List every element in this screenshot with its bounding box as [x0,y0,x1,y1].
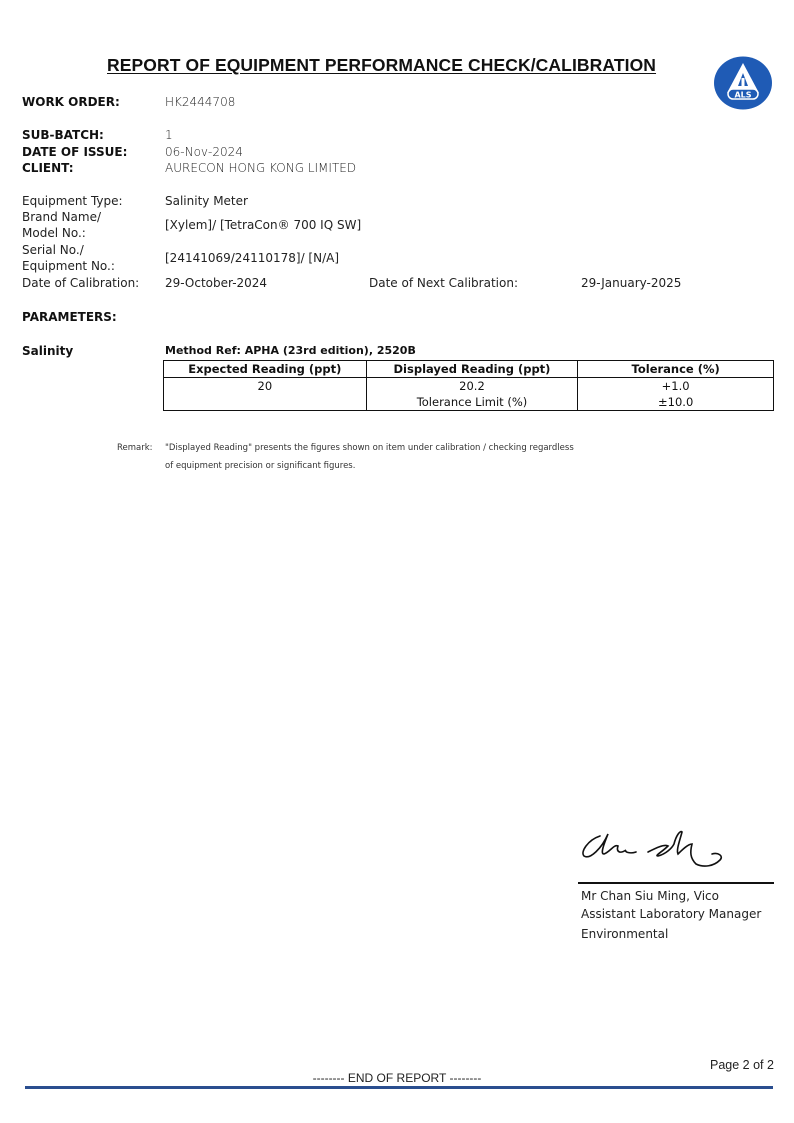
brand-model-value: [Xylem]/ [TetraCon® 700 IQ SW] [165,218,361,233]
remark-line2: of equipment precision or significant fi… [165,461,355,471]
brand-label-line2: Model No.: [22,226,86,241]
signatory-name: Mr Chan Siu Ming, Vico [581,889,719,903]
displayed-reading-cell: 20.2 [366,378,578,395]
remark-label: Remark: [117,443,153,453]
equipment-type-label: Equipment Type: [22,194,123,209]
als-logo: ALS [713,56,773,110]
work-order-value: HK2444708 [165,95,235,109]
end-of-report: -------- END OF REPORT -------- [0,1071,794,1085]
equipment-type-value: Salinity Meter [165,194,248,209]
column-header-expected: Expected Reading (ppt) [164,361,367,378]
table-header-row: Expected Reading (ppt) Displayed Reading… [164,361,774,378]
brand-label-line1: Brand Name/ [22,210,101,225]
tolerance-limit-value-cell: ±10.0 [578,394,774,411]
parameters-heading: PARAMETERS: [22,310,117,324]
table-row: 20 20.2 +1.0 [164,378,774,395]
page-number: Page 2 of 2 [710,1058,774,1072]
serial-equipment-value: [24141069/24110178]/ [N/A] [165,251,339,266]
next-calibration-label: Date of Next Calibration: [369,276,518,291]
work-order-label: WORK ORDER: [22,95,120,109]
client-value: AURECON HONG KONG LIMITED [165,161,356,175]
signature-line [578,882,774,884]
column-header-displayed: Displayed Reading (ppt) [366,361,578,378]
calibration-date-value: 29-October-2024 [165,276,267,291]
calibration-table: Expected Reading (ppt) Displayed Reading… [163,360,774,411]
parameter-name: Salinity [22,344,73,358]
tolerance-cell: +1.0 [578,378,774,395]
empty-cell [164,394,367,411]
signature-icon [578,822,738,878]
column-header-tolerance: Tolerance (%) [578,361,774,378]
sub-batch-label: SUB-BATCH: [22,128,104,142]
next-calibration-value: 29-January-2025 [581,276,681,291]
date-of-issue-value: 06-Nov-2024 [165,145,243,159]
method-reference: Method Ref: APHA (23rd edition), 2520B [165,344,416,357]
remark-line1: "Displayed Reading" presents the figures… [165,443,574,453]
als-logo-icon: ALS [713,56,773,110]
date-of-issue-label: DATE OF ISSUE: [22,145,127,159]
client-label: CLIENT: [22,161,74,175]
sub-batch-value: 1 [165,128,173,142]
table-row: Tolerance Limit (%) ±10.0 [164,394,774,411]
expected-reading-cell: 20 [164,378,367,395]
footer-divider [25,1086,773,1089]
calibration-date-label: Date of Calibration: [22,276,139,291]
svg-text:ALS: ALS [734,91,751,100]
report-title: REPORT OF EQUIPMENT PERFORMANCE CHECK/CA… [107,55,656,76]
serial-label-line2: Equipment No.: [22,259,115,274]
signatory-title: Assistant Laboratory Manager [581,907,761,921]
tolerance-limit-label-cell: Tolerance Limit (%) [366,394,578,411]
serial-label-line1: Serial No./ [22,243,84,258]
signature [578,822,738,878]
signatory-department: Environmental [581,927,668,941]
